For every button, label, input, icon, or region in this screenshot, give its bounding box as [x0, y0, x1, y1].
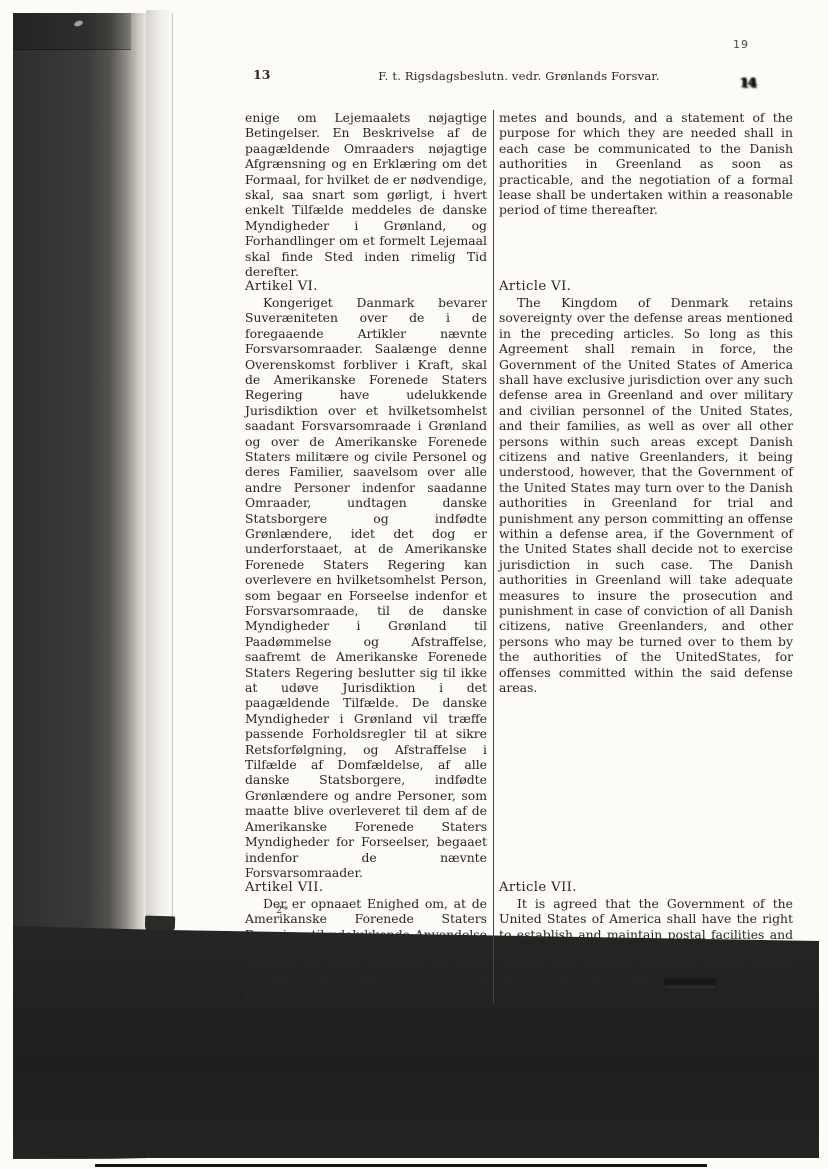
smudged-page-number: 14 — [740, 76, 756, 91]
english-article7-heading: Article VII. — [499, 880, 793, 895]
binding-shadow-top-segment — [13, 13, 131, 50]
corner-page-number: 19 — [733, 38, 749, 51]
page-spine-curve — [146, 10, 174, 930]
running-title: F. t. Rigsdagsbeslutn. vedr. Grønlands F… — [245, 69, 793, 83]
page-crease-line — [172, 13, 173, 926]
danish-intro-paragraph: enige om Lejemaalets nøjagtige Betingels… — [245, 110, 487, 279]
danish-article6-heading: Artikel VI. — [245, 279, 487, 294]
scan-edge-line — [95, 1164, 707, 1167]
danish-article7-heading: Artikel VII. — [245, 880, 487, 895]
danish-article6-body: Kongeriget Danmark bevarer Suveræniteten… — [245, 295, 487, 880]
signature-mark: 2* — [276, 905, 289, 916]
english-article7-text: It is agreed that the Government of the … — [499, 896, 793, 988]
ink-smudge — [664, 978, 716, 986]
english-intro-paragraph: metes and bounds, and a statement of the… — [499, 110, 793, 279]
english-article6-heading: Article VI. — [499, 279, 793, 294]
scanned-document-page: 19 13 F. t. Rigsdagsbeslutn. vedr. Grønl… — [0, 0, 828, 1169]
english-article6-body: The Kingdom of Denmark retains sovereign… — [499, 295, 793, 880]
two-column-text-block: enige om Lejemaalets nøjagtige Betingels… — [245, 110, 793, 1004]
english-article7-body: It is agreed that the Government of the … — [499, 896, 793, 1004]
column-divider-rule — [493, 110, 494, 1004]
